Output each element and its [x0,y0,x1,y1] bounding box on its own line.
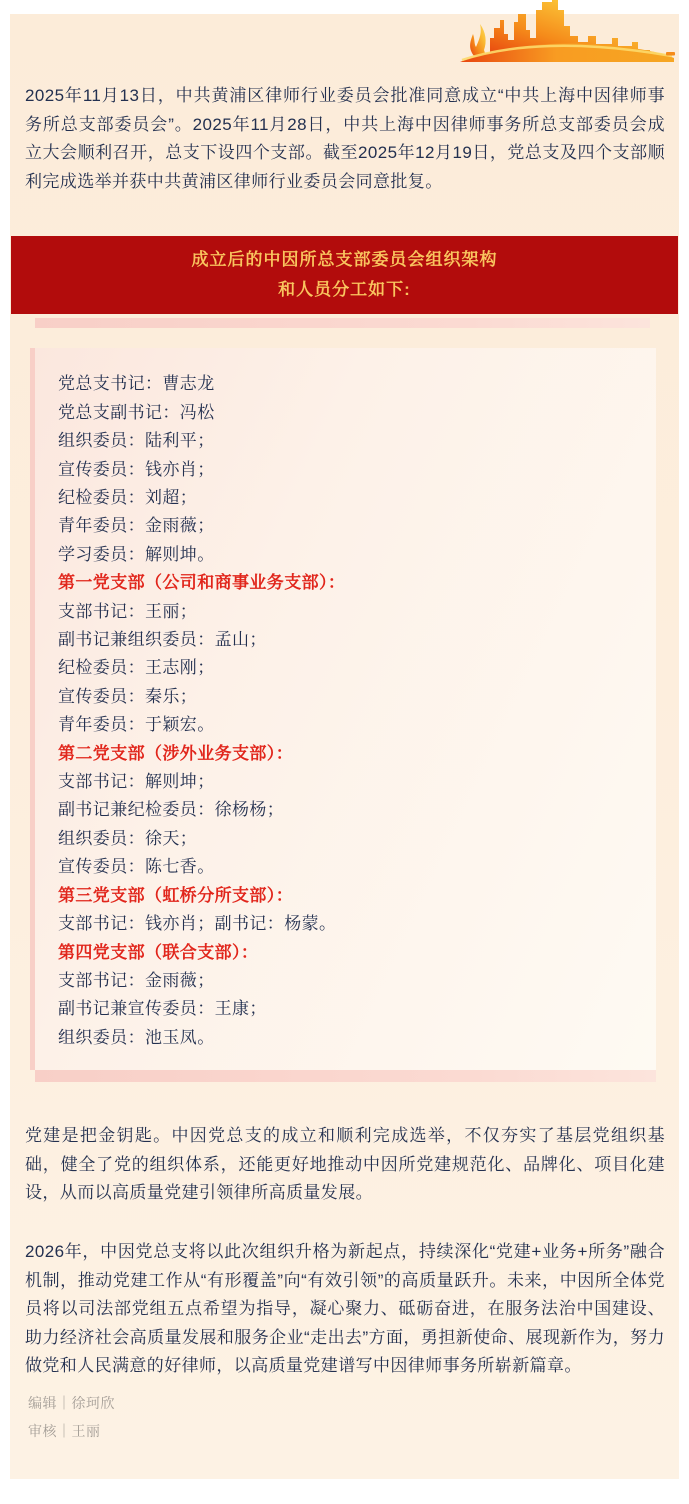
committee-member-line: 纪检委员：王志刚； [58,654,636,682]
closing-paragraph-2: 2026年，中因党总支将以此次组织升格为新起点，持续深化“党建+业务+所务”融合… [25,1238,665,1381]
committee-member-line: 支部书记：钱亦肖；副书记：杨蒙。 [58,910,636,938]
branch-member-list: 支部书记：金雨薇； 副书记兼宣传委员：王康； 组织委员：池玉凤。 [58,967,636,1052]
committee-member-line: 青年委员：于颖宏。 [58,711,636,739]
committee-member-line: 纪检委员：刘超； [58,484,636,512]
article-panel: 2025年11月13日，中共黄浦区律师行业委员会批准同意成立“中共上海中因律师事… [10,14,679,1479]
committee-member-line: 学习委员：解则坤。 [58,541,636,569]
branch-section: 第三党支部（虹桥分所支部）： 支部书记：钱亦肖；副书记：杨蒙。 [58,882,636,939]
branch-sections: 第一党支部（公司和商事业务支部）： 支部书记：王丽； 副书记兼组织委员：孟山； … [58,569,636,1052]
committee-member-line: 宣传委员：秦乐； [58,683,636,711]
banner-title-line1: 成立后的中因所总支部委员会组织架构 [192,245,498,275]
branch-heading: 第二党支部（涉外业务支部）： [58,740,636,768]
branch-section: 第二党支部（涉外业务支部）： 支部书记：解则坤； 副书记兼纪检委员：徐杨杨； 组… [58,740,636,882]
branch-member-list: 支部书记：钱亦肖；副书记：杨蒙。 [58,910,636,938]
section-banner: 成立后的中因所总支部委员会组织架构 和人员分工如下: [11,236,678,314]
credit-separator: ｜ [57,1395,72,1411]
closing-paragraph-1: 党建是把金钥匙。中因党总支的成立和顺利完成选举，不仅夯实了基层党组织基础，健全了… [25,1122,665,1208]
reviewer-label: 审核 [28,1423,57,1439]
committee-member-line: 组织委员：池玉凤。 [58,1024,636,1052]
committee-member-line: 支部书记：金雨薇； [58,967,636,995]
decor-strip-top [35,318,650,328]
branch-section: 第四党支部（联合支部）： 支部书记：金雨薇； 副书记兼宣传委员：王康； 组织委员… [58,939,636,1053]
article-page: 2025年11月13日，中共黄浦区律师行业委员会批准同意成立“中共上海中因律师事… [0,0,689,1504]
intro-paragraph: 2025年11月13日，中共黄浦区律师行业委员会批准同意成立“中共上海中因律师事… [25,82,665,196]
branch-section: 第一党支部（公司和商事业务支部）： 支部书记：王丽； 副书记兼组织委员：孟山； … [58,569,636,739]
editor-credit: 编辑｜徐珂欣 [28,1389,665,1417]
committee-member-line: 副书记兼纪检委员：徐杨杨； [58,796,636,824]
decor-strip-bottom [35,1070,656,1082]
branch-heading: 第一党支部（公司和商事业务支部）： [58,569,636,597]
committee-member-line: 宣传委员：钱亦肖； [58,456,636,484]
credits: 编辑｜徐珂欣 审核｜王丽 [28,1389,665,1445]
editor-name: 徐珂欣 [72,1395,116,1411]
committee-member-line: 宣传委员：陈七香。 [58,853,636,881]
committee-member-line: 组织委员：徐天； [58,825,636,853]
committee-member-line: 党总支副书记：冯松 [58,399,636,427]
branch-member-list: 支部书记：王丽； 副书记兼组织委员：孟山； 纪检委员：王志刚； 宣传委员：秦乐；… [58,598,636,740]
banner-title-line2: 和人员分工如下: [278,275,411,305]
city-skyline-icon [460,0,676,62]
branch-member-list: 支部书记：解则坤； 副书记兼纪检委员：徐杨杨； 组织委员：徐天； 宣传委员：陈七… [58,768,636,882]
committee-member-line: 组织委员：陆利平； [58,427,636,455]
committee-member-line: 支部书记：解则坤； [58,768,636,796]
reviewer-credit: 审核｜王丽 [28,1417,665,1445]
editor-label: 编辑 [28,1395,57,1411]
committee-member-line: 青年委员：金雨薇； [58,512,636,540]
committee-card: 党总支书记：曹志龙 党总支副书记：冯松 组织委员：陆利平； 宣传委员：钱亦肖； … [35,348,656,1070]
branch-heading: 第三党支部（虹桥分所支部）： [58,882,636,910]
credit-separator: ｜ [57,1423,72,1439]
committee-member-line: 党总支书记：曹志龙 [58,370,636,398]
committee-member-line: 支部书记：王丽； [58,598,636,626]
committee-member-line: 副书记兼组织委员：孟山； [58,626,636,654]
branch-heading: 第四党支部（联合支部）： [58,939,636,967]
committee-member-line: 副书记兼宣传委员：王康； [58,995,636,1023]
reviewer-name: 王丽 [72,1423,101,1439]
general-branch-list: 党总支书记：曹志龙 党总支副书记：冯松 组织委员：陆利平； 宣传委员：钱亦肖； … [58,370,636,569]
